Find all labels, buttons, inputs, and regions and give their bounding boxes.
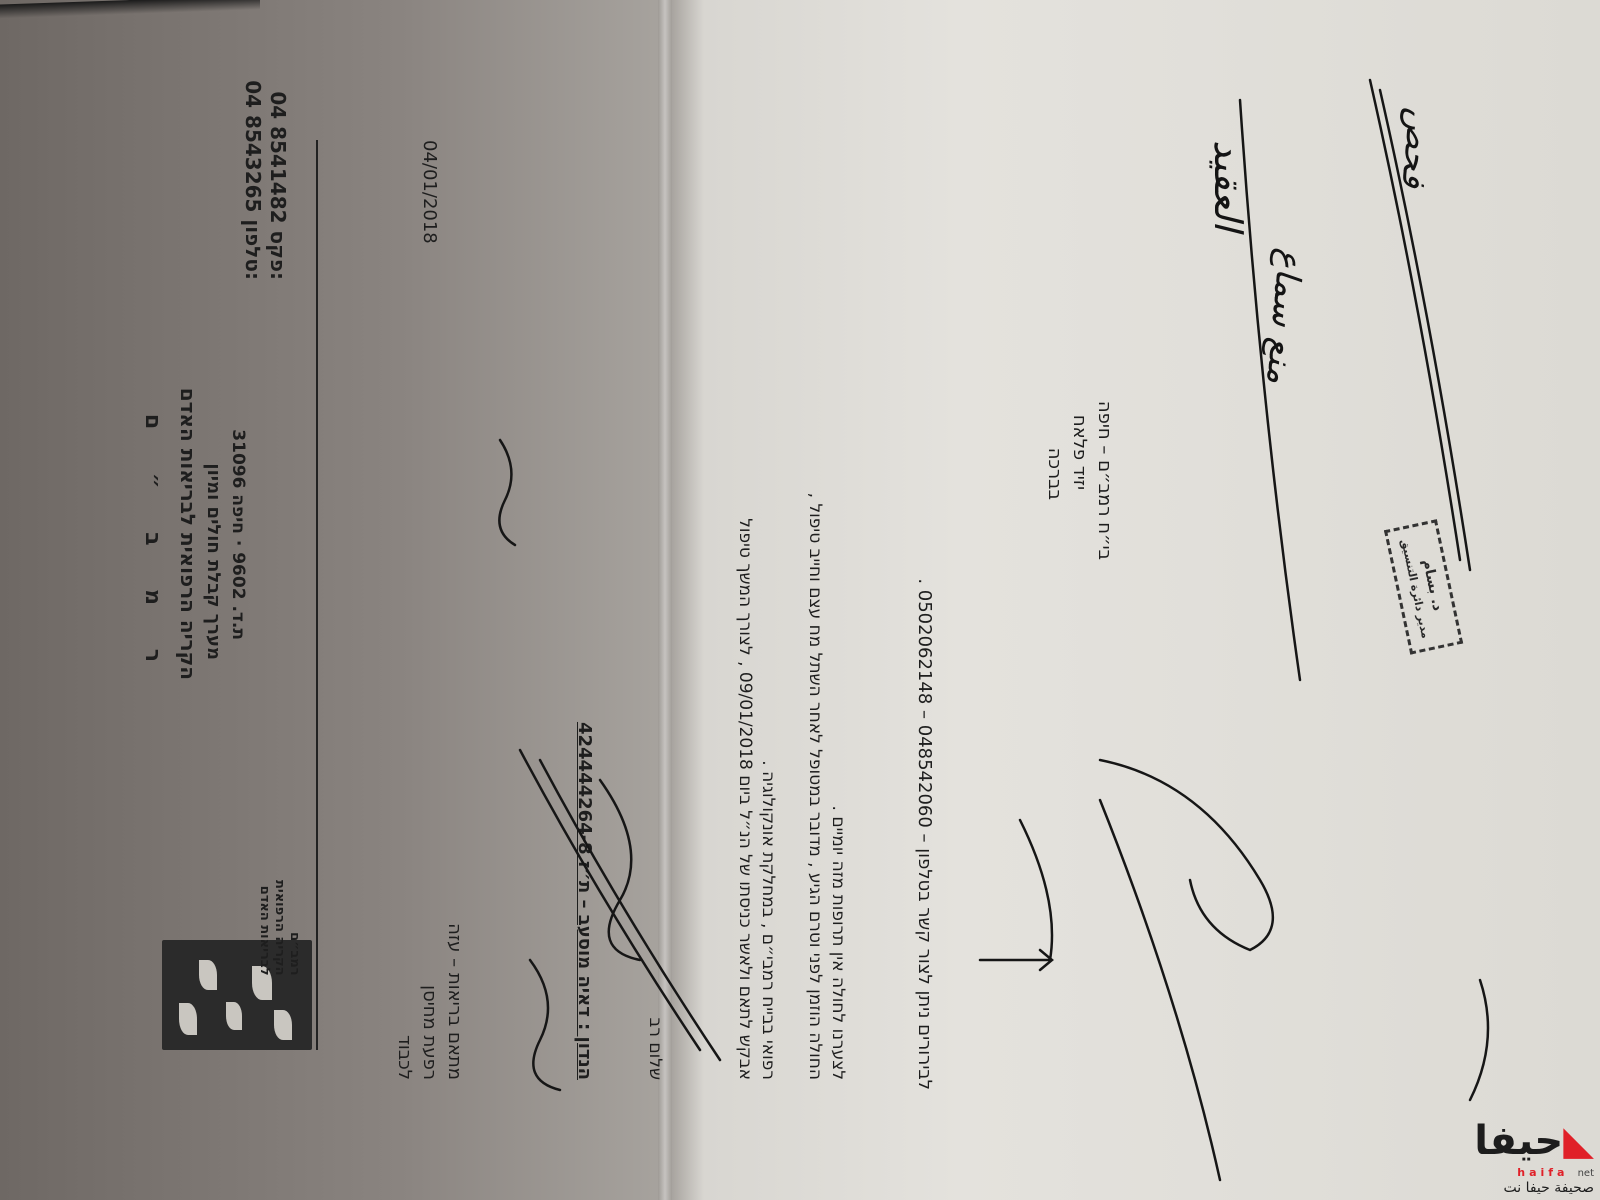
brand-accent-icon: ◣ xyxy=(1563,1118,1594,1164)
brand-logo: ◣حيفا xyxy=(1474,1121,1594,1161)
handwriting-marks xyxy=(0,0,1600,1200)
handwritten-note: العقيد xyxy=(1206,140,1250,231)
haifa-net-watermark: ◣حيفا net haifa صحيفة حيفا نت xyxy=(1474,1121,1594,1196)
handwritten-note: فحص xyxy=(1393,107,1440,190)
brand-tagline: صحيفة حيفا نت xyxy=(1474,1180,1594,1196)
